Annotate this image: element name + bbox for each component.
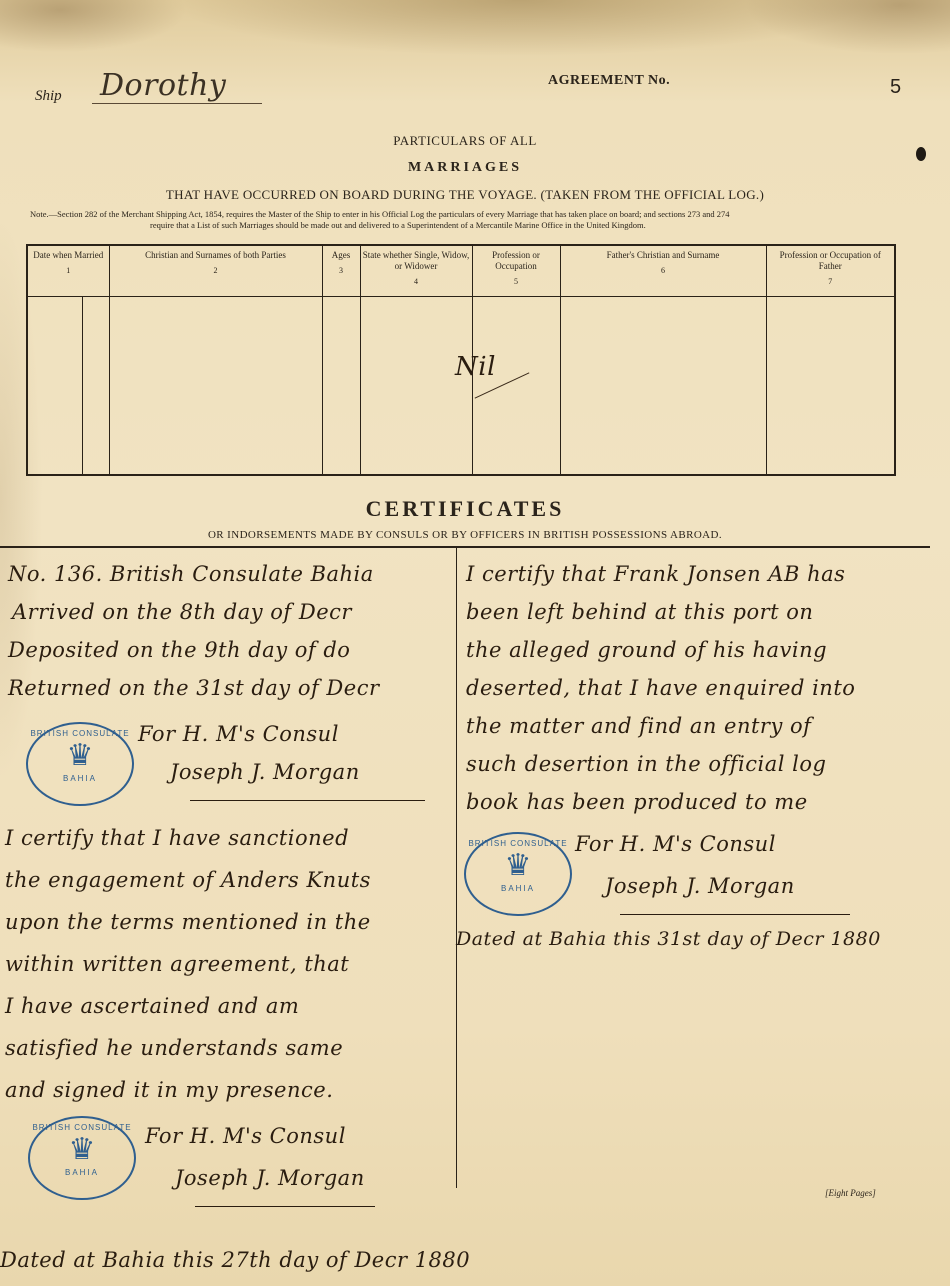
left-line-2: Arrived on the 8th day of Decr <box>12 600 352 624</box>
stamp-bottom-text: BAHIA <box>28 774 132 783</box>
certificates-title: CERTIFICATES <box>0 496 930 522</box>
right-body-line-2: been left behind at this port on <box>466 600 813 624</box>
right-sig-for: For H. M's Consul <box>575 832 776 856</box>
col-header-state: State whether Single, Widow, or Widower4 <box>360 245 472 297</box>
marriages-heading-2: MARRIAGES <box>0 160 930 176</box>
right-body-line-3: the alleged ground of his having <box>466 638 827 662</box>
left-body-line-5: I have ascertained and am <box>5 994 299 1018</box>
ship-underline <box>92 103 262 104</box>
document-page: Ship Dorothy AGREEMENT No. 5 PARTICULARS… <box>0 0 950 1286</box>
col-header-ages: Ages3 <box>322 245 360 297</box>
col-header-father-profession: Profession or Occupation of Father7 <box>766 245 895 297</box>
ship-label: Ship <box>35 88 62 105</box>
act-note-line-1: Note.—Section 282 of the Merchant Shippi… <box>30 209 910 220</box>
column-divider <box>456 548 457 1188</box>
right-sig-underline <box>620 914 850 915</box>
royal-crest-icon: ♛ <box>28 738 132 774</box>
right-dated: Dated at Bahia this 31st day of Decr 188… <box>456 928 881 950</box>
royal-crest-icon: ♛ <box>30 1132 134 1168</box>
left-sig2-underline <box>195 1206 375 1207</box>
col-header-names: Christian and Surnames of both Parties2 <box>109 245 322 297</box>
ship-name: Dorothy <box>100 68 226 103</box>
left-sig1-for: For H. M's Consul <box>138 722 339 746</box>
left-body-line-6: satisfied he understands same <box>5 1036 343 1060</box>
cell-profession <box>472 297 560 476</box>
act-note-line-2: require that a List of such Marriages sh… <box>150 220 646 230</box>
cell-date <box>27 297 109 476</box>
certificates-rule <box>0 546 930 548</box>
left-body-line-4: within written agreement, that <box>5 952 349 976</box>
left-body-line-3: upon the terms mentioned in the <box>5 910 371 934</box>
punch-hole <box>916 147 926 161</box>
consulate-stamp: BRITISH CONSULATE ♛ BAHIA <box>26 722 134 806</box>
left-dated: Dated at Bahia this 27th day of Decr 188… <box>0 1248 470 1272</box>
certificates-subtitle: OR INDORSEMENTS MADE BY CONSULS OR BY OF… <box>0 529 930 541</box>
stamp-top-text: BRITISH CONSULATE <box>30 1123 134 1132</box>
cell-names <box>109 297 322 476</box>
left-sig2-name: Joseph J. Morgan <box>175 1166 365 1190</box>
stamp-top-text: BRITISH CONSULATE <box>28 729 132 738</box>
marriages-heading-3: THAT HAVE OCCURRED ON BOARD DURING THE V… <box>0 187 930 203</box>
right-body-line-1: I certify that Frank Jonsen AB has <box>466 562 845 586</box>
consulate-stamp: BRITISH CONSULATE ♛ BAHIA <box>28 1116 136 1200</box>
col-header-father: Father's Christian and Surname6 <box>560 245 766 297</box>
nil-entry: Nil <box>455 352 496 382</box>
left-body-line-2: the engagement of Anders Knuts <box>5 868 371 892</box>
marriages-heading-1: PARTICULARS OF ALL <box>0 133 930 149</box>
right-sig-name: Joseph J. Morgan <box>605 874 795 898</box>
table-row <box>27 297 895 476</box>
stamp-bottom-text: BAHIA <box>466 884 570 893</box>
cell-ages <box>322 297 360 476</box>
right-body-line-4: deserted, that I have enquired into <box>466 676 855 700</box>
right-body-line-6: such desertion in the official log <box>466 752 826 776</box>
left-line-1: No. 136. British Consulate Bahia <box>8 562 374 586</box>
left-body-line-1: I certify that I have sanctioned <box>5 826 349 850</box>
royal-crest-icon: ♛ <box>466 848 570 884</box>
page-count-note: [Eight Pages] <box>825 1188 876 1198</box>
stamp-bottom-text: BAHIA <box>30 1168 134 1177</box>
table-header-row: Date when Married1 Christian and Surname… <box>27 245 895 297</box>
left-line-4: Returned on the 31st day of Decr <box>8 676 380 700</box>
col-header-profession: Profession or Occupation5 <box>472 245 560 297</box>
col-header-date: Date when Married1 <box>27 245 109 297</box>
cell-father-profession <box>766 297 895 476</box>
cell-father <box>560 297 766 476</box>
left-sig2-for: For H. M's Consul <box>145 1124 346 1148</box>
agreement-number: 5 <box>890 76 901 99</box>
left-sig1-underline <box>190 800 425 801</box>
left-sig1-name: Joseph J. Morgan <box>170 760 360 784</box>
consulate-stamp: BRITISH CONSULATE ♛ BAHIA <box>464 832 572 916</box>
left-line-3: Deposited on the 9th day of do <box>8 638 350 662</box>
left-body-line-7: and signed it in my presence. <box>5 1078 333 1102</box>
cell-state <box>360 297 472 476</box>
stamp-top-text: BRITISH CONSULATE <box>466 839 570 848</box>
agreement-label: AGREEMENT No. <box>548 73 670 89</box>
right-body-line-7: book has been produced to me <box>466 790 808 814</box>
right-body-line-5: the matter and find an entry of <box>466 714 811 738</box>
